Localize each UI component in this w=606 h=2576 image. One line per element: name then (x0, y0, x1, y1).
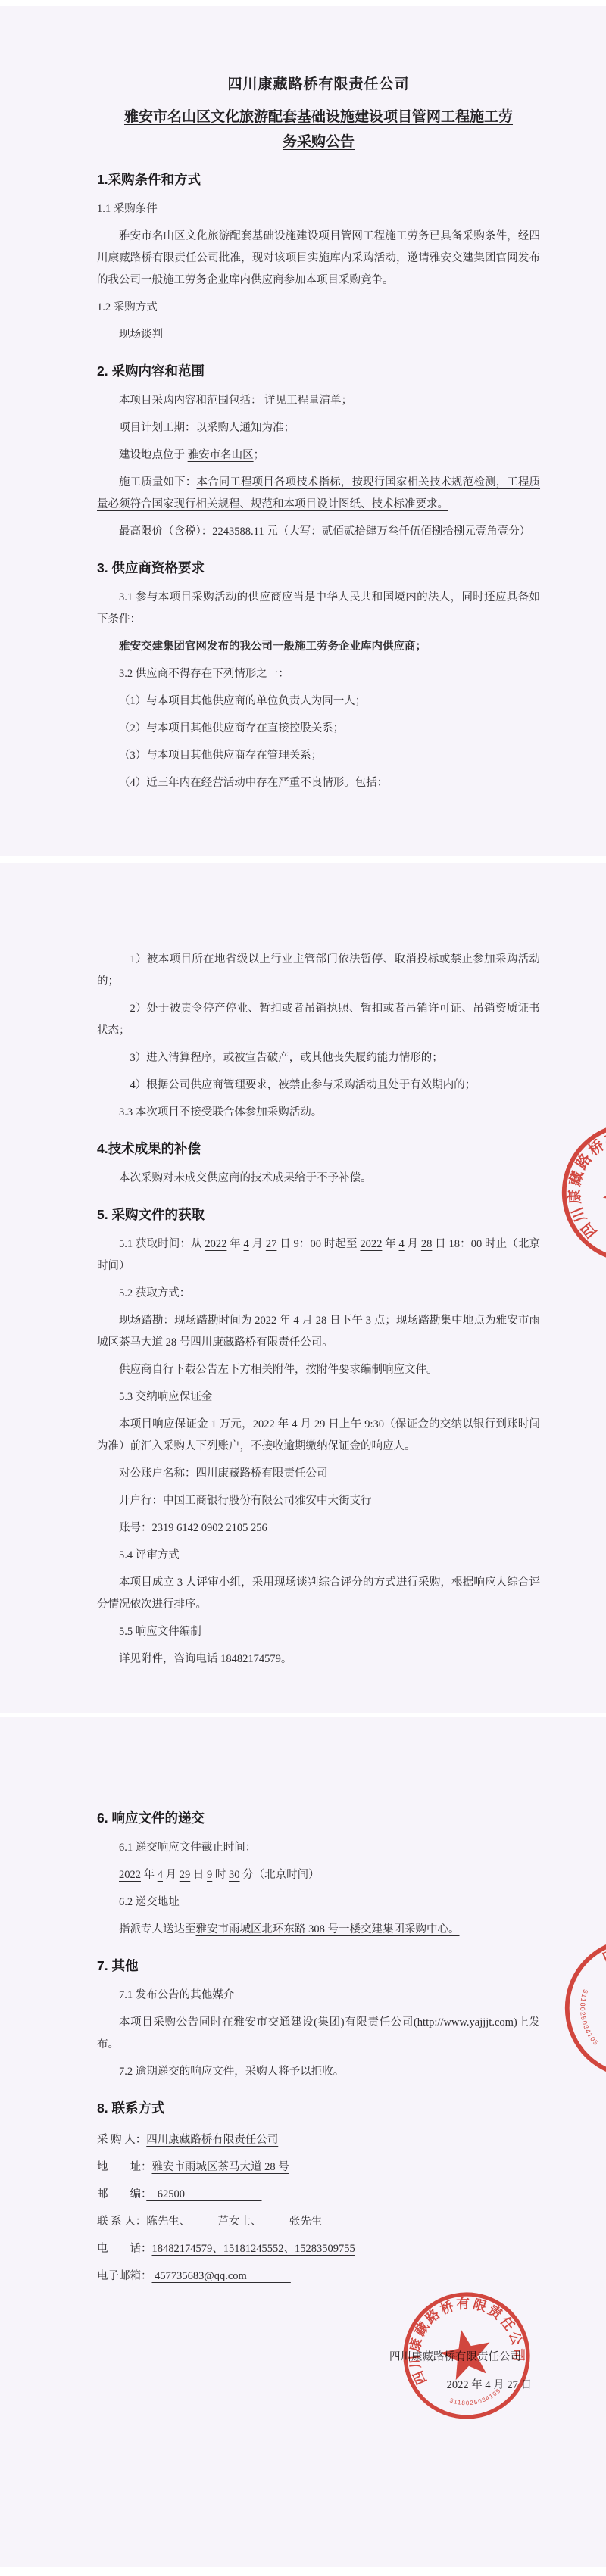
contact-line: 采 购 人：四川康藏路桥有限责任公司 (97, 2127, 540, 2153)
text-segment: 年 (382, 1238, 398, 1250)
text-segment: 8. 联系方式 (97, 2100, 164, 2116)
page-3-content: 6. 响应文件的递交6.1 递交响应文件截止时间：2022 年 4 月 29 日… (0, 1717, 606, 2289)
document-line: （2）与本项目其他供应商存在直接控股关系； (97, 718, 540, 740)
text-segment: 5. 采购文件的获取 (97, 1207, 205, 1222)
contact-line: 电 话：18482174579、15181245552、15283509755 (97, 2236, 540, 2262)
text-segment: 7. 其他 (97, 1958, 138, 1973)
text-segment: 5.4 评审方式 (119, 1549, 180, 1561)
text-segment: 3. 供应商资格要求 (97, 560, 205, 575)
text-segment: 对公账户名称：四川康藏路桥有限责任公司 (119, 1467, 328, 1480)
text-segment: 电子邮箱： (97, 2270, 152, 2282)
text-segment: 1.2 采购方式 (97, 301, 158, 313)
text-segment: 电 话： (97, 2243, 152, 2255)
text-segment: 5.5 响应文件编制 (119, 1626, 201, 1638)
text-segment: 2. 采购内容和范围 (97, 363, 205, 379)
document-line: 建设地点位于 雅安市名山区； (97, 444, 540, 466)
section-heading: 1.采购条件和方式 (97, 167, 540, 192)
text-segment: 62500 (146, 2188, 261, 2200)
document-line: 5.2 获取方式： (97, 1283, 540, 1305)
text-segment: 4 (158, 1869, 163, 1881)
document-title: 务采购公告 (97, 129, 540, 154)
text-segment: 项目计划工期：以采购人通知为准； (119, 422, 295, 434)
signature-date-line: 2022 年 4 月 27 日 (0, 2375, 606, 2397)
document-line: 3.2 供应商不得存在下列情形之一： (97, 663, 540, 685)
text-segment: 6. 响应文件的递交 (97, 1810, 205, 1826)
text-segment: 日 (190, 1869, 207, 1881)
text-segment: 建设地点位于 (119, 449, 188, 461)
text-segment: 3）进入清算程序，或被宣告破产，或其他丧失履约能力情形的； (130, 1052, 443, 1064)
document-line: （1）与本项目其他供应商的单位负责人为同一人； (97, 691, 540, 713)
seal-company-text: 四川康藏路桥有限责任公司 (395, 2284, 529, 2387)
document-line: 本项目采购内容和范围包括： 详见工程量清单； (97, 390, 540, 412)
contact-line: 联 系 人：陈先生、 芦女士、 张先生 (97, 2209, 540, 2235)
text-segment: 月 (405, 1238, 421, 1250)
section-heading: 4.技术成果的补偿 (97, 1136, 540, 1162)
text-segment: 3.2 供应商不得存在下列情形之一： (119, 668, 289, 680)
text-segment: 月 (249, 1238, 266, 1250)
document-line: 本项目响应保证金 1 万元，2022 年 4 月 29 日上午 9:30（保证金… (97, 1414, 540, 1458)
text-segment: 3.3 本次项目不接受联合体参加采购活动。 (119, 1106, 322, 1118)
document-title: 雅安市名山区文化旅游配套基础设施建设项目管网工程施工劳 (97, 104, 540, 129)
section-heading: 8. 联系方式 (97, 2095, 540, 2121)
text-segment: 雅安市雨城区北环东路 308 号一楼交建集团采购中心。 (196, 1923, 460, 1935)
text-segment: 地 址： (97, 2161, 152, 2173)
text-segment: 4.技术成果的补偿 (97, 1141, 201, 1156)
text-segment: 27 (266, 1238, 277, 1250)
document-page-2: 1）被本项目所在地省级以上行业主管部门依法暂停、取消投标或禁止参加采购活动的；2… (0, 863, 606, 1713)
text-segment: 四川康藏路桥有限责任公司 (227, 76, 409, 92)
document-line: 现场踏勘：现场踏勘时间为 2022 年 4 月 28 日下午 3 点；现场踏勘集… (97, 1310, 540, 1354)
text-segment: 18482174579、15181245552、15283509755 (152, 2243, 355, 2255)
company-title: 四川康藏路桥有限责任公司 (97, 73, 540, 97)
text-segment: 采 购 人： (97, 2134, 146, 2146)
text-segment: 时 (212, 1869, 229, 1881)
document-line: 本项目成立 3 人评审小组，采用现场谈判综合评分的方式进行采购，根据响应人综合评… (97, 1572, 540, 1616)
text-segment: 28 (421, 1238, 433, 1250)
text-segment: 2）处于被责令停产停业、暂扣或者吊销执照、暂扣或者吊销许可证、吊销资质证书状态； (97, 1003, 540, 1037)
text-segment: 1.1 采购条件 (97, 203, 158, 215)
document-line: 账号：2319 6142 0902 2105 256 (97, 1517, 540, 1539)
document-line: 5.1 获取时间：从 2022 年 4 月 27 日 9：00 时起至 2022… (97, 1233, 540, 1277)
text-segment: 日 9：00 时起至 (276, 1238, 360, 1250)
document-line: 1.1 采购条件 (97, 198, 540, 220)
document-line: 5.3 交纳响应保证金 (97, 1386, 540, 1408)
page-1-content: 四川康藏路桥有限责任公司雅安市名山区文化旅游配套基础设施建设项目管网工程施工劳务… (0, 6, 606, 794)
text-segment: 1.采购条件和方式 (97, 172, 201, 187)
document-line: 6.2 递交地址 (97, 1891, 540, 1913)
text-segment: 本项目采购公告同时在 (119, 2016, 233, 2029)
section-heading: 3. 供应商资格要求 (97, 555, 540, 581)
document-line: 5.5 响应文件编制 (97, 1621, 540, 1643)
document-page-1: 四川康藏路桥有限责任公司雅安市名山区文化旅游配套基础设施建设项目管网工程施工劳务… (0, 6, 606, 856)
text-segment: 务采购公告 (283, 134, 355, 150)
text-segment: 5.2 获取方式： (119, 1287, 190, 1299)
text-segment: （3）与本项目其他供应商存在管理关系； (119, 750, 322, 762)
document-line: 雅安市名山区文化旅游配套基础设施建设项目管网工程施工劳务已具备采购条件，经四川康… (97, 226, 540, 292)
text-segment: 年 (226, 1238, 243, 1250)
text-segment: 5.1 获取时间：从 (119, 1238, 205, 1250)
text-segment: 年 (141, 1869, 158, 1881)
contact-line: 地 址：雅安市雨城区茶马大道 28 号 (97, 2154, 540, 2180)
text-segment: 施工质量如下： (119, 476, 196, 488)
text-segment: 457735683@qq.com (152, 2270, 291, 2282)
text-segment: 指派专人送达至 (119, 1923, 196, 1935)
page-2-content: 1）被本项目所在地省级以上行业主管部门依法暂停、取消投标或禁止参加采购活动的；2… (0, 863, 606, 1670)
text-segment: 陈先生、 芦女士、 张先生 (146, 2216, 344, 2228)
document-line: 2022 年 4 月 29 日 9 时 30 分（北京时间） (97, 1864, 540, 1886)
text-segment: 月 (163, 1869, 180, 1881)
section-heading: 5. 采购文件的获取 (97, 1202, 540, 1227)
document-line: 雅安交建集团官网发布的我公司一般施工劳务企业库内供应商； (97, 636, 540, 658)
document-line: 3.3 本次项目不接受联合体参加采购活动。 (97, 1102, 540, 1124)
text-segment: 雅安市雨城区茶马大道 28 号 (152, 2161, 289, 2173)
text-segment: 雅安市名山区 (188, 449, 254, 461)
document-line: 本次采购对未成交供应商的技术成果给于不予补偿。 (97, 1168, 540, 1190)
document-line: 现场谈判 (97, 324, 540, 346)
text-segment: 4 (399, 1238, 405, 1250)
text-segment: 雅安市名山区文化旅游配套基础设施建设项目管网工程施工劳 (124, 109, 513, 125)
text-segment: 现场谈判 (119, 329, 163, 341)
text-segment: 2022 (119, 1869, 141, 1881)
contact-line: 邮 编： 62500 (97, 2181, 540, 2207)
document-line: 6.1 递交响应文件截止时间： (97, 1837, 540, 1859)
text-segment: 四川康藏路桥有限责任公司 (146, 2134, 278, 2146)
section-heading: 7. 其他 (97, 1953, 540, 1979)
section-heading: 2. 采购内容和范围 (97, 358, 540, 384)
text-segment: 7.2 逾期递交的响应文件，采购人将予以拒收。 (119, 2066, 344, 2078)
text-segment: 雅安交建集团官网发布的我公司一般施工劳务企业库内供应商； (119, 641, 426, 653)
document-line: 项目计划工期：以采购人通知为准； (97, 417, 540, 439)
text-segment: 本项目响应保证金 1 万元，2022 年 4 月 29 日上午 9:30（保证金… (97, 1418, 540, 1452)
text-segment: 详见工程量清单； (262, 395, 353, 407)
text-segment: 最高限价（含税）：2243588.11 元（大写：贰佰贰拾肆万叁仟伍佰捌拾捌元壹… (119, 525, 530, 538)
document-line: （4）近三年内在经营活动中存在严重不良情形。包括： (97, 772, 540, 794)
text-segment: 3.1 参与本项目采购活动的供应商应当是中华人民共和国境内的法人，同时还应具备如… (97, 591, 540, 625)
text-segment: 6.1 递交响应文件截止时间： (119, 1842, 256, 1854)
text-segment: 本项目成立 3 人评审小组，采用现场谈判综合评分的方式进行采购，根据响应人综合评… (97, 1576, 540, 1611)
document-line: 施工质量如下：本合同工程项目各项技术指标，按现行国家相关技术规范检测，工程质量必… (97, 472, 540, 516)
text-segment: 4）根据公司供应商管理要求，被禁止参与采购活动且处于有效期内的； (130, 1079, 476, 1091)
signature-company-line: 四川康藏路桥有限责任公司 (0, 2347, 606, 2369)
document-line: 指派专人送达至雅安市雨城区北环东路 308 号一楼交建集团采购中心。 (97, 1919, 540, 1941)
text-segment: 本次采购对未成交供应商的技术成果给于不予补偿。 (119, 1172, 372, 1184)
contact-line: 电子邮箱： 457735683@qq.com (97, 2263, 540, 2289)
document-line: 4）根据公司供应商管理要求，被禁止参与采购活动且处于有效期内的； (97, 1074, 540, 1096)
document-line: 开户行：中国工商银行股份有限公司雅安中大街支行 (97, 1490, 540, 1512)
text-segment: 供应商自行下载公告左下方相关附件，按附件要求编制响应文件。 (119, 1364, 438, 1376)
text-segment: 详见附件，咨询电话 18482174579。 (119, 1653, 292, 1665)
text-segment: 现场踏勘：现场踏勘时间为 2022 年 4 月 28 日下午 3 点；现场踏勘集… (97, 1315, 540, 1349)
document-line: 供应商自行下载公告左下方相关附件，按附件要求编制响应文件。 (97, 1359, 540, 1381)
document-line: 7.1 发布公告的其他媒介 (97, 1985, 540, 2007)
text-segment: 5.3 交纳响应保证金 (119, 1391, 212, 1403)
document-line: 3.1 参与本项目采购活动的供应商应当是中华人民共和国境内的法人，同时还应具备如… (97, 587, 540, 631)
document-line: 1.2 采购方式 (97, 297, 540, 319)
text-segment: （1）与本项目其他供应商的单位负责人为同一人； (119, 695, 366, 707)
text-segment: 本项目采购内容和范围包括： (119, 395, 262, 407)
text-segment: 雅安市交通建设(集团)有限责任公司(http://www.yajjjt.com) (233, 2016, 517, 2029)
text-segment: 29 (180, 1869, 191, 1881)
document-line: 3）进入清算程序，或被宣告破产，或其他丧失履约能力情形的； (97, 1047, 540, 1069)
svg-text:四川康藏路桥有限责任公司: 四川康藏路桥有限责任公司 (395, 2284, 529, 2387)
text-segment: （4）近三年内在经营活动中存在严重不良情形。包括： (119, 777, 388, 789)
document-line: 详见附件，咨询电话 18482174579。 (97, 1648, 540, 1670)
text-segment: 分（北京时间） (240, 1869, 320, 1881)
text-segment: （2）与本项目其他供应商存在直接控股关系； (119, 722, 344, 734)
document-line: 2）处于被责令停产停业、暂扣或者吊销执照、暂扣或者吊销许可证、吊销资质证书状态； (97, 998, 540, 1042)
text-segment: 2022 (360, 1238, 382, 1250)
document-line: 7.2 逾期递交的响应文件，采购人将予以拒收。 (97, 2061, 540, 2083)
document-line: 对公账户名称：四川康藏路桥有限责任公司 (97, 1463, 540, 1485)
text-segment: 6.2 递交地址 (119, 1896, 180, 1908)
text-segment: 7.1 发布公告的其他媒介 (119, 1989, 234, 2001)
text-segment: 2022 (205, 1238, 226, 1250)
document-page-3: 6. 响应文件的递交6.1 递交响应文件截止时间：2022 年 4 月 29 日… (0, 1717, 606, 2567)
text-segment: ； (254, 449, 265, 461)
text-segment: 账号：2319 6142 0902 2105 256 (119, 1522, 267, 1534)
document-line: （3）与本项目其他供应商存在管理关系； (97, 745, 540, 767)
text-segment: 4 (244, 1238, 249, 1250)
document-line: 最高限价（含税）：2243588.11 元（大写：贰佰贰拾肆万叁仟伍佰捌拾捌元壹… (97, 521, 540, 543)
text-segment: 开户行：中国工商银行股份有限公司雅安中大街支行 (119, 1495, 372, 1507)
section-heading: 6. 响应文件的递交 (97, 1805, 540, 1831)
document-line: 1）被本项目所在地省级以上行业主管部门依法暂停、取消投标或禁止参加采购活动的； (97, 949, 540, 993)
text-segment: 雅安市名山区文化旅游配套基础设施建设项目管网工程施工劳务已具备采购条件，经四川康… (97, 230, 540, 286)
text-segment: 30 (229, 1869, 240, 1881)
text-segment: 邮 编： (97, 2188, 146, 2200)
scanned-document-view: { "document": { "page_background": "#f7f… (0, 6, 606, 2576)
document-line: 本项目采购公告同时在雅安市交通建设(集团)有限责任公司(http://www.y… (97, 2012, 540, 2056)
text-segment: 1）被本项目所在地省级以上行业主管部门依法暂停、取消投标或禁止参加采购活动的； (97, 953, 540, 987)
document-line: 5.4 评审方式 (97, 1545, 540, 1567)
text-segment: 联 系 人： (97, 2216, 146, 2228)
